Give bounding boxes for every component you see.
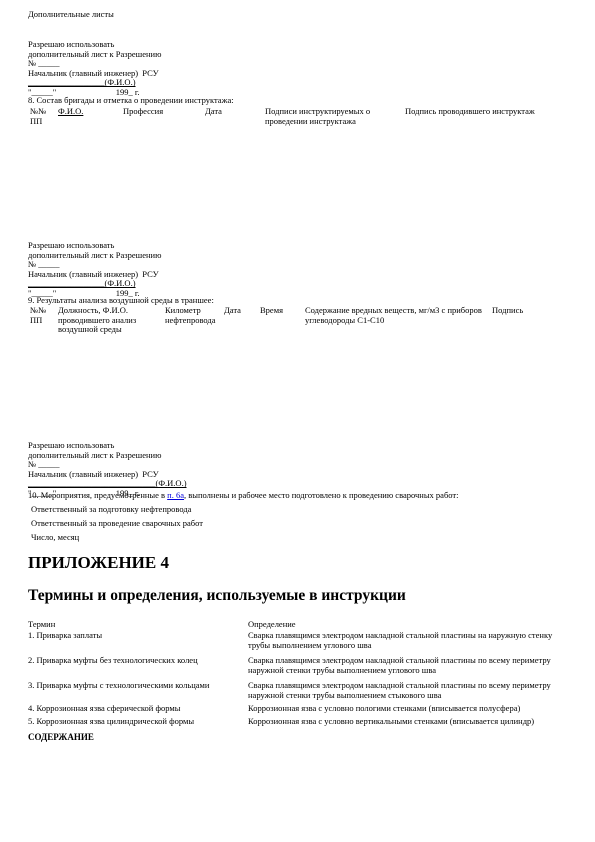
definition-cell: Сварка плавящимся электродом накладной с… [248,681,558,700]
definition-cell: Коррозионная язва с условно вертикальным… [248,717,558,727]
term-cell: 5. Коррозионная язва цилиндрической форм… [28,717,238,727]
column-header: Подписи инструктируемых о проведении инс… [265,107,390,126]
document-page: Дополнительные листы Разрешаю использова… [0,0,595,842]
column-header: Подпись проводившего инструктаж [405,107,545,117]
column-header: Содержание вредных веществ, мг/м3 с приб… [305,306,483,325]
clause-6a-link[interactable]: п. 6а [167,490,184,500]
responsible-welding-line: Ответственный за проведение сварочных ра… [31,519,203,529]
column-header: Подпись [492,306,542,316]
definition-cell: Коррозионная язва с условно пологими сте… [248,704,558,714]
term-cell: 1. Приварка заплаты [28,631,238,641]
additional-sheets-note: Дополнительные листы [28,10,114,20]
column-header: №№ ПП [30,306,56,325]
term-cell: 3. Приварка муфты с технологическими кол… [28,681,238,691]
term-cell: 2. Приварка муфты без технологических ко… [28,656,238,666]
terms-header-definition: Определение [248,620,558,630]
column-header: Километр нефтепровода [165,306,220,325]
column-header: Должность, Ф.И.О. проводившего анализ во… [58,306,160,335]
permission-block-1: Разрешаю использовать дополнительный лис… [28,40,161,98]
section10-text-after: , выполнены и рабочее место подготовлено… [184,490,459,500]
section9-table-header: №№ ПП Должность, Ф.И.О. проводившего ана… [0,306,595,338]
section10-title: 10. Мероприятия, предусмотренные в п. 6а… [28,491,573,501]
responsible-preparation-line: Ответственный за подготовку нефтепровода [31,505,191,515]
definition-cell: Сварка плавящимся электродом накладной с… [248,631,558,650]
column-header: Ф.И.О. [58,107,120,117]
column-header: Дата [224,306,256,316]
permission-block-2: Разрешаю использовать дополнительный лис… [28,241,161,299]
column-header: №№ ПП [30,107,56,126]
section8-title: 8. Состав бригады и отметка о проведении… [28,96,234,106]
appendix-subtitle: Термины и определения, используемые в ин… [28,587,406,604]
column-header: Дата [205,107,255,117]
terms-header-term: Термин [28,620,238,630]
column-header: Профессия [123,107,203,117]
appendix-title: ПРИЛОЖЕНИЕ 4 [28,553,169,572]
section8-table-header: №№ ПП Ф.И.О. Профессия Дата Подписи инст… [0,107,595,137]
day-month-line: Число, месяц [31,533,79,543]
section10-text-before: 10. Мероприятия, предусмотренные в [28,490,167,500]
definition-cell: Сварка плавящимся электродом накладной с… [248,656,558,675]
terms-table: Термин Определение 1. Приварка заплаты С… [0,620,595,730]
column-header: Время [260,306,300,316]
contents-heading: СОДЕРЖАНИЕ [28,733,94,743]
term-cell: 4. Коррозионная язва сферической формы [28,704,238,714]
